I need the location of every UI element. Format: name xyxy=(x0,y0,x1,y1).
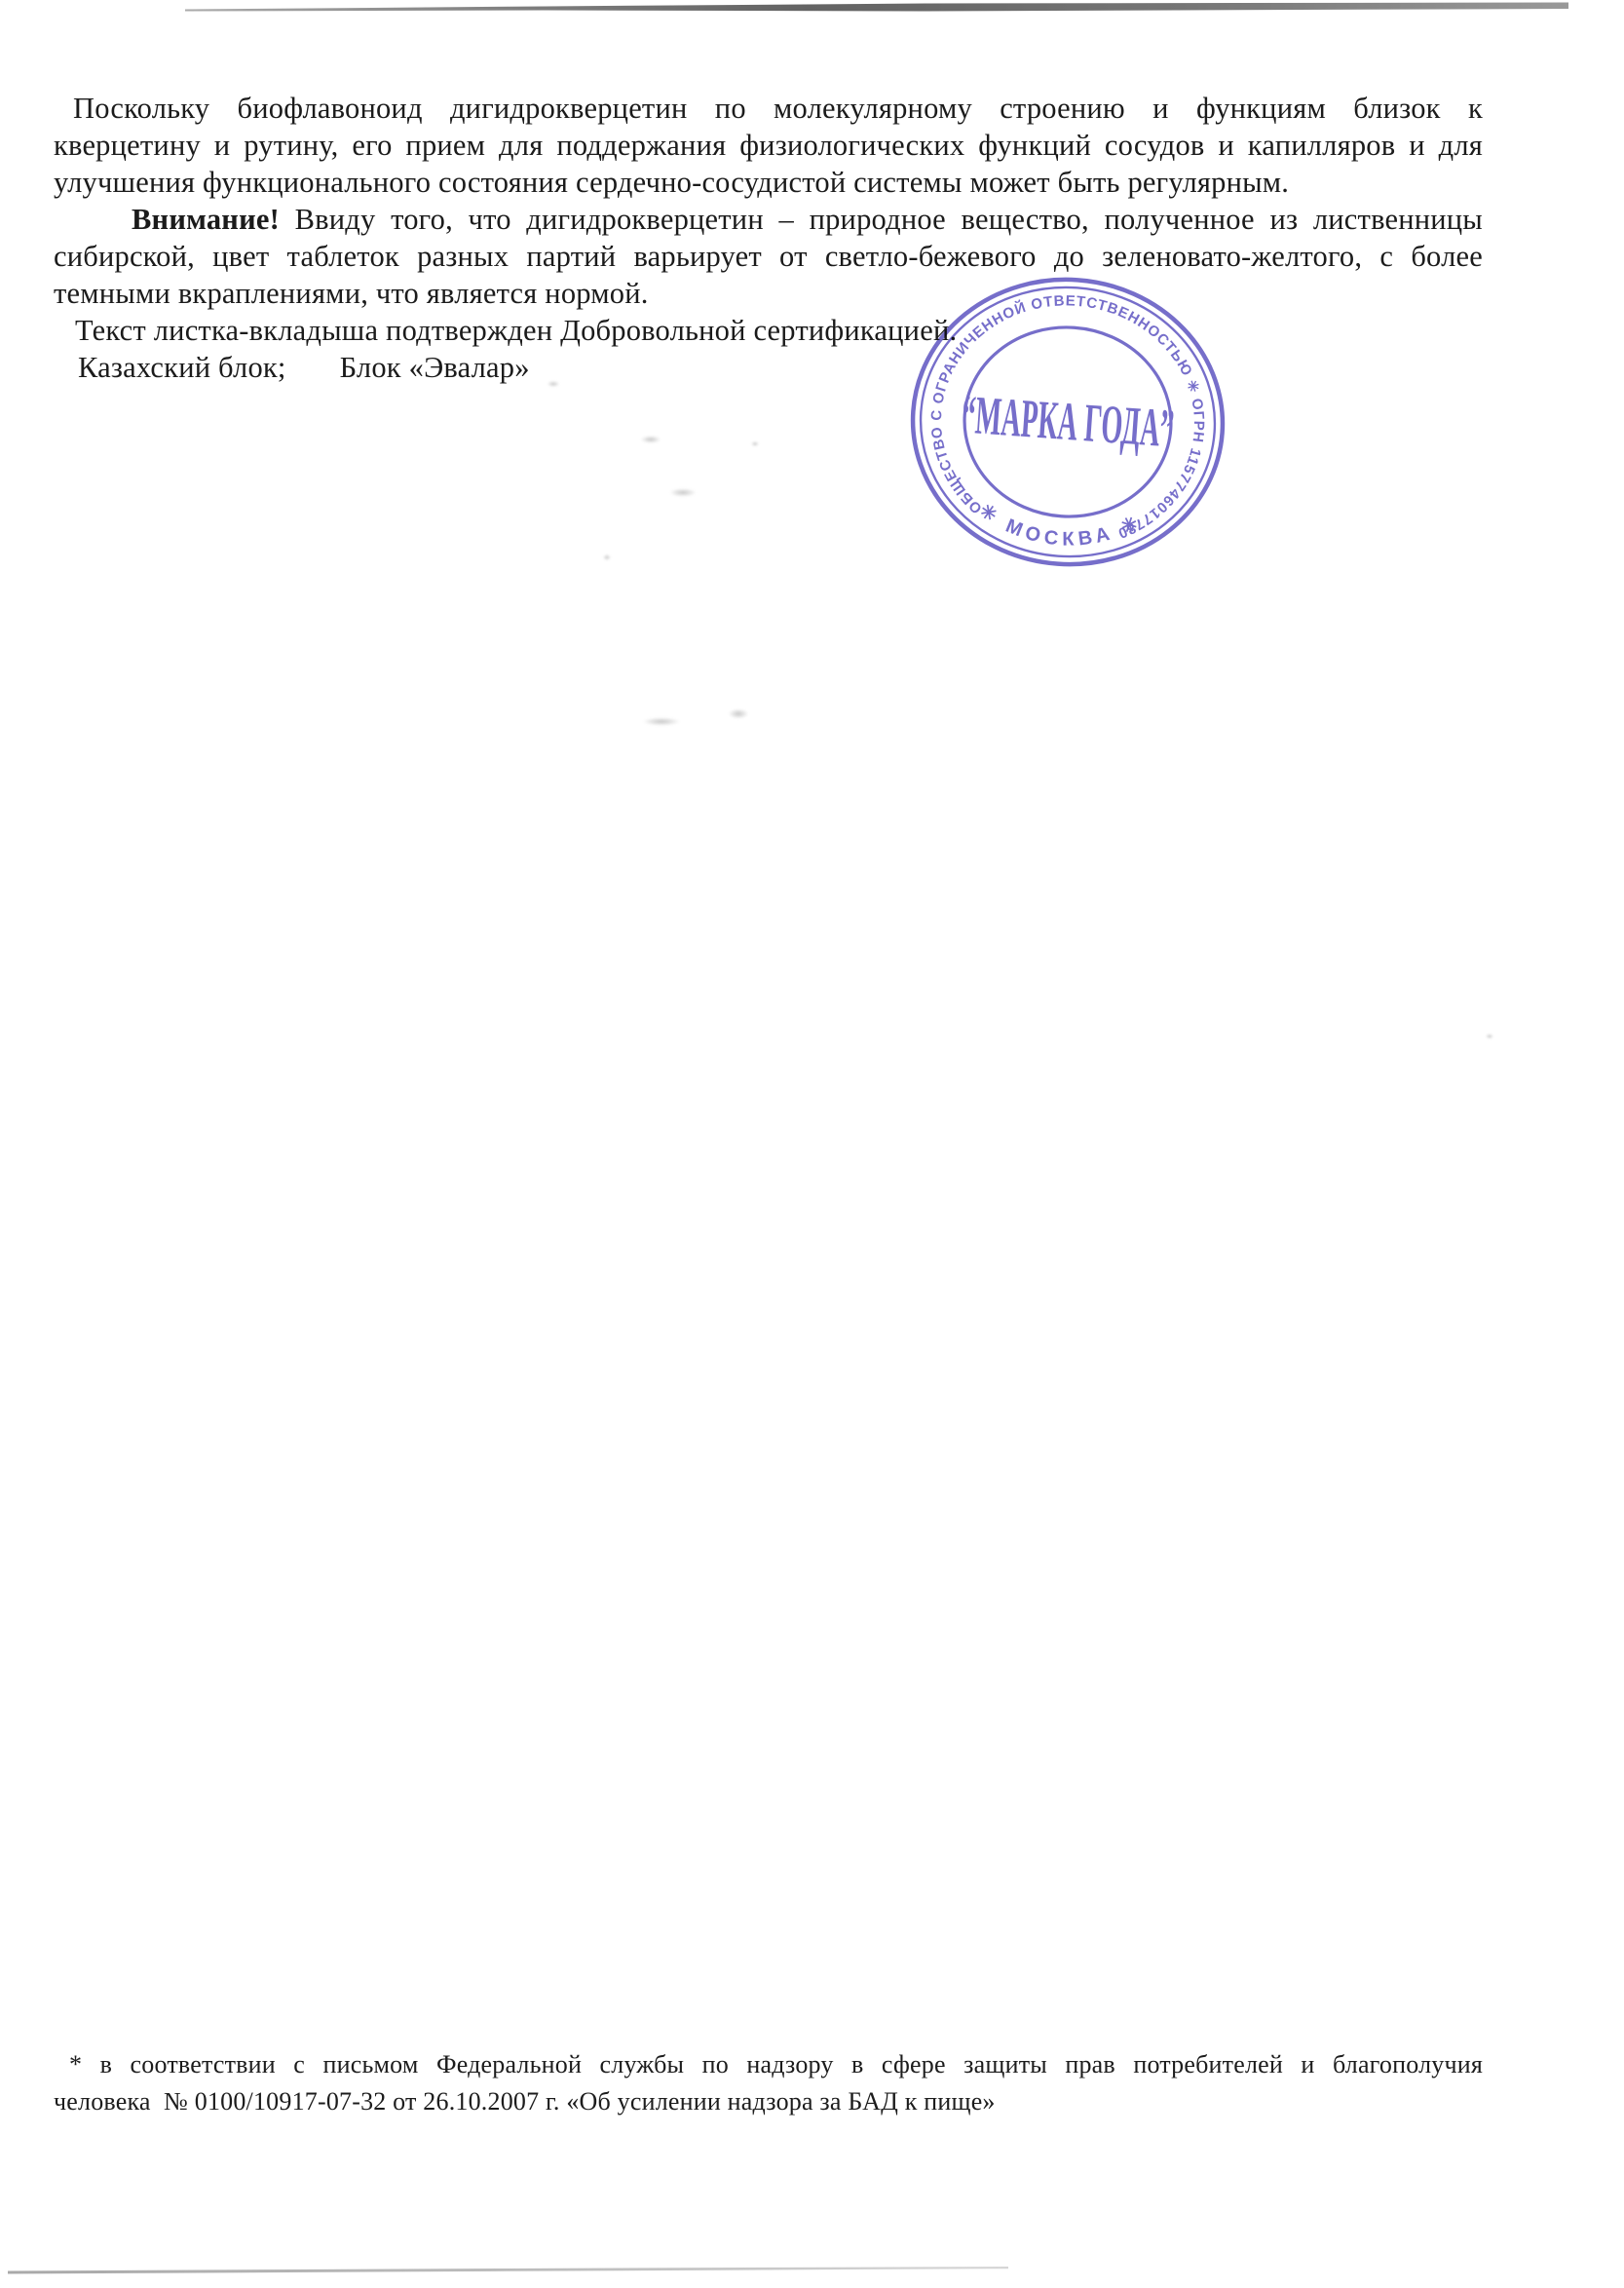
intro-line-3: улучшения функционального состояния серд… xyxy=(54,164,1483,201)
scan-smudge xyxy=(666,487,699,498)
scan-smudge xyxy=(1485,1033,1494,1040)
blocks-line: Казахский блок;Блок «Эвалар» xyxy=(54,349,1483,386)
document-body-text: Поскольку биофлавоноид дигидрокверцетин … xyxy=(54,90,1483,386)
company-stamp: ОБЩЕСТВО С ОГРАНИЧЕННОЙ ОТВЕТСТВЕННОСТЬЮ… xyxy=(896,263,1239,581)
footnote-line-1: * в соответствии с письмом Федеральной с… xyxy=(54,2046,1483,2083)
intro-line-2: кверцетину и рутину, его прием для подде… xyxy=(54,127,1483,164)
scan-artifact-bottom-line xyxy=(0,2261,1072,2278)
intro-line-1: Поскольку биофлавоноид дигидрокверцетин … xyxy=(54,90,1483,127)
attention-line-1: Внимание! Ввиду того, что дигидрокверцет… xyxy=(54,201,1483,238)
scan-smudge xyxy=(638,716,685,727)
attention-line-1-text: Ввиду того, что дигидрокверцетин – приро… xyxy=(295,203,1483,236)
attention-label: Внимание! xyxy=(132,203,280,236)
scan-smudge xyxy=(726,707,751,720)
paragraph-attention: Внимание! Ввиду того, что дигидрокверцет… xyxy=(54,201,1483,312)
blocks-line-kazakh: Казахский блок; xyxy=(78,351,286,384)
paragraph-intro: Поскольку биофлавоноид дигидрокверцетин … xyxy=(54,90,1483,201)
scan-artifact-top-line xyxy=(0,0,1624,18)
certification-line: Текст листка-вкладыша подтвержден Добров… xyxy=(54,312,1483,349)
footnote-line-2: человека № 0100/10917-07-32 от 26.10.200… xyxy=(54,2083,1483,2120)
scan-smudge xyxy=(602,553,612,561)
scan-smudge xyxy=(750,440,760,447)
footnote-block: * в соответствии с письмом Федеральной с… xyxy=(54,2046,1483,2120)
scanned-document-page: Поскольку биофлавоноид дигидрокверцетин … xyxy=(0,0,1624,2288)
attention-line-2: сибирской, цвет таблеток разных партий в… xyxy=(54,238,1483,275)
stamp-center-text: “МАРКА ГОДА” xyxy=(960,384,1176,459)
scan-smudge xyxy=(638,435,663,444)
blocks-line-evalar: Блок «Эвалар» xyxy=(340,351,530,384)
attention-line-3: темными вкраплениями, что является нормо… xyxy=(54,275,1483,312)
